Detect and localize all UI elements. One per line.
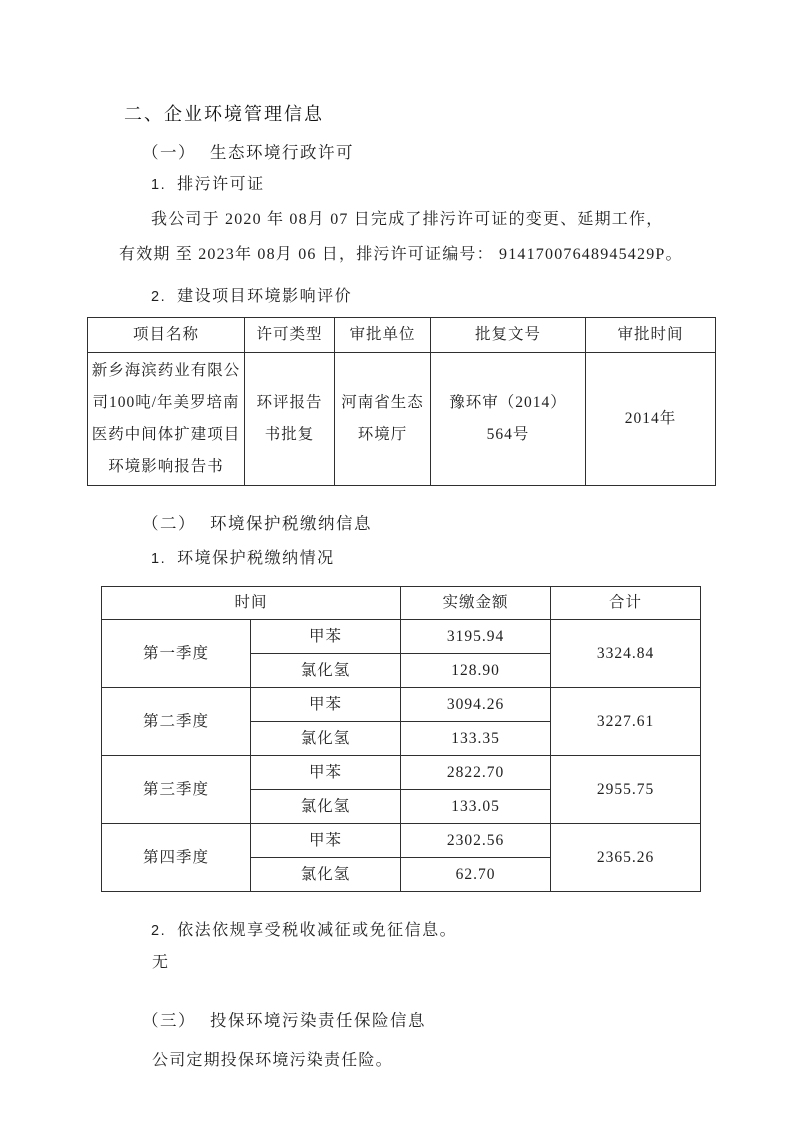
table-header-row: 时间 实缴金额 合计 bbox=[102, 587, 701, 620]
permit-paragraph-line-1: 我公司于 2020 年 08月 07 日完成了排污许可证的变更、延期工作， bbox=[151, 206, 663, 229]
header-project-name: 项目名称 bbox=[88, 318, 245, 353]
cell-amount: 133.05 bbox=[401, 790, 551, 824]
item-text: 依法依规享受税收减征或免征信息。 bbox=[177, 922, 457, 939]
cell-pollutant: 甲苯 bbox=[251, 824, 401, 858]
section-2-item-1: 1.环境保护税缴纳情况 bbox=[151, 545, 335, 568]
table-row: 第一季度 甲苯 3195.94 3324.84 bbox=[102, 620, 701, 654]
section-3-heading: （三）投保环境污染责任保险信息 bbox=[142, 1007, 426, 1031]
cell-quarter: 第三季度 bbox=[102, 756, 251, 824]
table-row: 新乡海滨药业有限公 司100吨/年美罗培南 医药中间体扩建项目 环境影响报告书 … bbox=[88, 353, 716, 486]
item-number: 1. bbox=[151, 177, 166, 193]
cell-amount: 3094.26 bbox=[401, 688, 551, 722]
section-1-item-2: 2.建设项目环境影响评价 bbox=[151, 283, 352, 306]
insurance-statement: 公司定期投保环境污染责任险。 bbox=[152, 1047, 393, 1070]
cell-approval-unit: 河南省生态 环境厅 bbox=[335, 353, 431, 486]
cell-total: 2365.26 bbox=[551, 824, 701, 892]
cell-pollutant: 氯化氢 bbox=[251, 858, 401, 892]
table-header-row: 项目名称 许可类型 审批单位 批复文号 审批时间 bbox=[88, 318, 716, 353]
environment-tax-table: 时间 实缴金额 合计 第一季度 甲苯 3195.94 3324.84 氯化氢 1… bbox=[101, 586, 701, 892]
table-row: 第二季度 甲苯 3094.26 3227.61 bbox=[102, 688, 701, 722]
tax-exemption-none: 无 bbox=[152, 949, 169, 972]
header-amount: 实缴金额 bbox=[401, 587, 551, 620]
cell-total: 2955.75 bbox=[551, 756, 701, 824]
cell-approval-time: 2014年 bbox=[586, 353, 716, 486]
page-title: 二、企业环境管理信息 bbox=[124, 100, 324, 126]
item-number: 1. bbox=[151, 551, 166, 567]
item-text: 排污许可证 bbox=[177, 176, 265, 193]
cell-pollutant: 氯化氢 bbox=[251, 654, 401, 688]
cell-quarter: 第四季度 bbox=[102, 824, 251, 892]
section-2-number: （二） bbox=[142, 514, 196, 533]
cell-pollutant: 氯化氢 bbox=[251, 722, 401, 756]
cell-pollutant: 甲苯 bbox=[251, 620, 401, 654]
section-3-number: （三） bbox=[142, 1011, 196, 1030]
cell-total: 3324.84 bbox=[551, 620, 701, 688]
permit-paragraph-line-2: 有效期 至 2023年 08月 06 日，排污许可证编号： 9141700764… bbox=[119, 241, 683, 264]
cell-total: 3227.61 bbox=[551, 688, 701, 756]
header-approval-doc: 批复文号 bbox=[431, 318, 586, 353]
section-3-title: 投保环境污染责任保险信息 bbox=[210, 1011, 426, 1030]
item-number: 2. bbox=[151, 923, 166, 939]
section-1-title: 生态环境行政许可 bbox=[210, 143, 354, 162]
header-approval-unit: 审批单位 bbox=[335, 318, 431, 353]
cell-amount: 2302.56 bbox=[401, 824, 551, 858]
table-row: 第三季度 甲苯 2822.70 2955.75 bbox=[102, 756, 701, 790]
cell-amount: 128.90 bbox=[401, 654, 551, 688]
cell-amount: 62.70 bbox=[401, 858, 551, 892]
eia-approval-table: 项目名称 许可类型 审批单位 批复文号 审批时间 新乡海滨药业有限公 司100吨… bbox=[87, 317, 716, 486]
cell-amount: 3195.94 bbox=[401, 620, 551, 654]
section-1-item-1: 1.排污许可证 bbox=[151, 171, 265, 194]
section-2-title: 环境保护税缴纳信息 bbox=[210, 514, 372, 533]
item-number: 2. bbox=[151, 289, 166, 305]
section-2-heading: （二）环境保护税缴纳信息 bbox=[142, 510, 372, 534]
table-row: 第四季度 甲苯 2302.56 2365.26 bbox=[102, 824, 701, 858]
cell-quarter: 第二季度 bbox=[102, 688, 251, 756]
document-page: 二、企业环境管理信息 （一）生态环境行政许可 1.排污许可证 我公司于 2020… bbox=[0, 0, 800, 1131]
section-2-item-2: 2.依法依规享受税收减征或免征信息。 bbox=[151, 917, 457, 940]
cell-approval-doc: 豫环审（2014） 564号 bbox=[431, 353, 586, 486]
cell-pollutant: 氯化氢 bbox=[251, 790, 401, 824]
section-1-heading: （一）生态环境行政许可 bbox=[142, 139, 354, 163]
item-text: 环境保护税缴纳情况 bbox=[177, 550, 335, 567]
cell-quarter: 第一季度 bbox=[102, 620, 251, 688]
section-1-number: （一） bbox=[142, 143, 196, 162]
cell-pollutant: 甲苯 bbox=[251, 756, 401, 790]
cell-amount: 133.35 bbox=[401, 722, 551, 756]
cell-project-name: 新乡海滨药业有限公 司100吨/年美罗培南 医药中间体扩建项目 环境影响报告书 bbox=[88, 353, 245, 486]
header-approval-time: 审批时间 bbox=[586, 318, 716, 353]
item-text: 建设项目环境影响评价 bbox=[177, 288, 352, 305]
header-permit-type: 许可类型 bbox=[245, 318, 335, 353]
cell-amount: 2822.70 bbox=[401, 756, 551, 790]
cell-pollutant: 甲苯 bbox=[251, 688, 401, 722]
header-total: 合计 bbox=[551, 587, 701, 620]
header-time: 时间 bbox=[102, 587, 401, 620]
cell-permit-type: 环评报告 书批复 bbox=[245, 353, 335, 486]
